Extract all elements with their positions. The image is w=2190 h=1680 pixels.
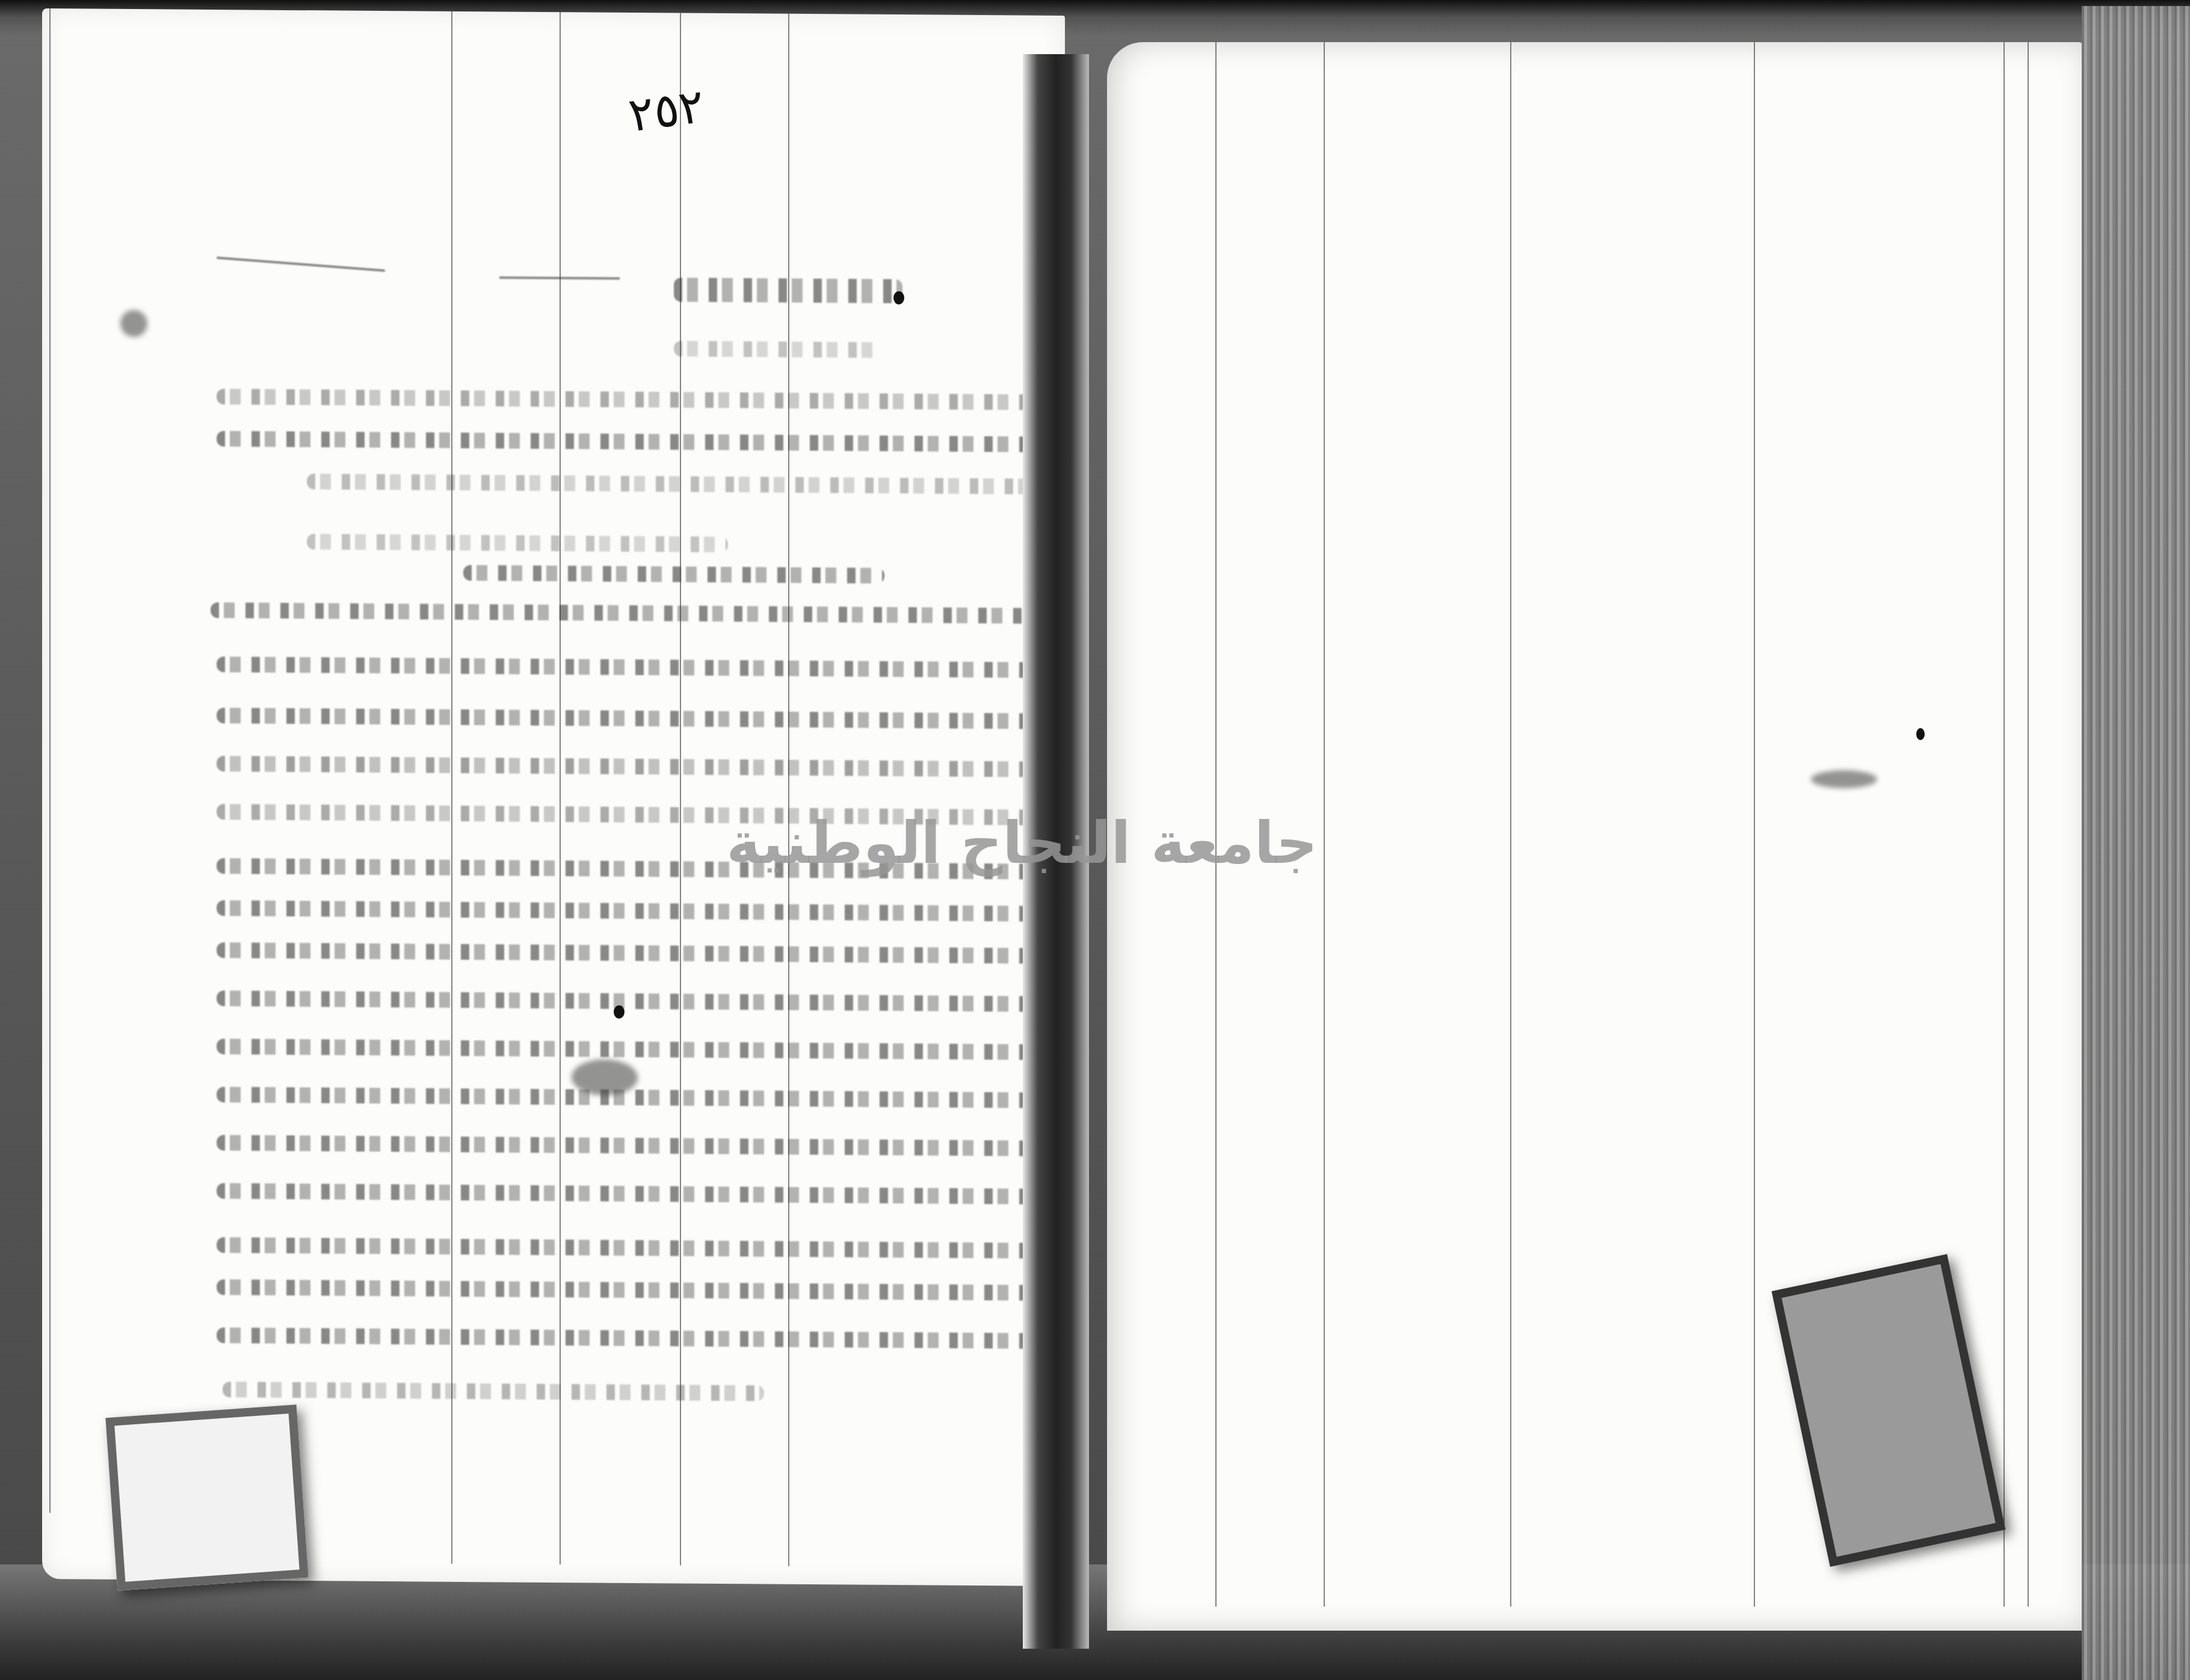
text-line — [217, 990, 1041, 1012]
text-line — [217, 900, 1041, 922]
text-line — [217, 1039, 1041, 1060]
left-page: ٢٥٢ — [42, 8, 1065, 1586]
ruling-line — [1754, 42, 1755, 1607]
ruling-line — [2028, 42, 2029, 1607]
text-line — [217, 1237, 1041, 1259]
text-line — [217, 942, 1041, 964]
heading-rule — [499, 276, 620, 279]
ink-dot — [893, 291, 904, 304]
text-line — [307, 474, 1041, 495]
heading-text — [674, 277, 902, 303]
text-line — [217, 656, 1041, 678]
ink-blot — [572, 1059, 638, 1096]
ink-dot — [614, 1005, 625, 1019]
ink-smudge — [1811, 770, 1877, 788]
ruling-line — [49, 8, 51, 1513]
page-clip-left — [105, 1404, 308, 1590]
text-line — [217, 1183, 1041, 1205]
ink-mark — [1916, 728, 1925, 740]
subheading-text — [674, 341, 878, 357]
ruling-line — [1324, 42, 1325, 1607]
text-line — [217, 708, 1041, 729]
page-number: ٢٥٢ — [625, 79, 708, 143]
ruling-line — [2003, 42, 2005, 1607]
text-line — [217, 1327, 1041, 1349]
text-line — [307, 534, 728, 552]
text-line — [217, 1279, 1041, 1301]
ruling-line — [1510, 42, 1511, 1607]
text-line — [217, 389, 1041, 410]
text-line — [463, 565, 884, 584]
heading-rule — [217, 256, 385, 271]
text-line — [223, 1382, 764, 1401]
university-watermark: جامعة النجاح الوطنية — [908, 809, 1318, 877]
text-line — [217, 756, 1041, 777]
ink-blot — [120, 310, 147, 337]
text-line — [217, 431, 1041, 452]
text-line — [211, 602, 1041, 624]
text-line — [217, 1135, 1041, 1157]
page-fore-edge — [2082, 6, 2190, 1680]
